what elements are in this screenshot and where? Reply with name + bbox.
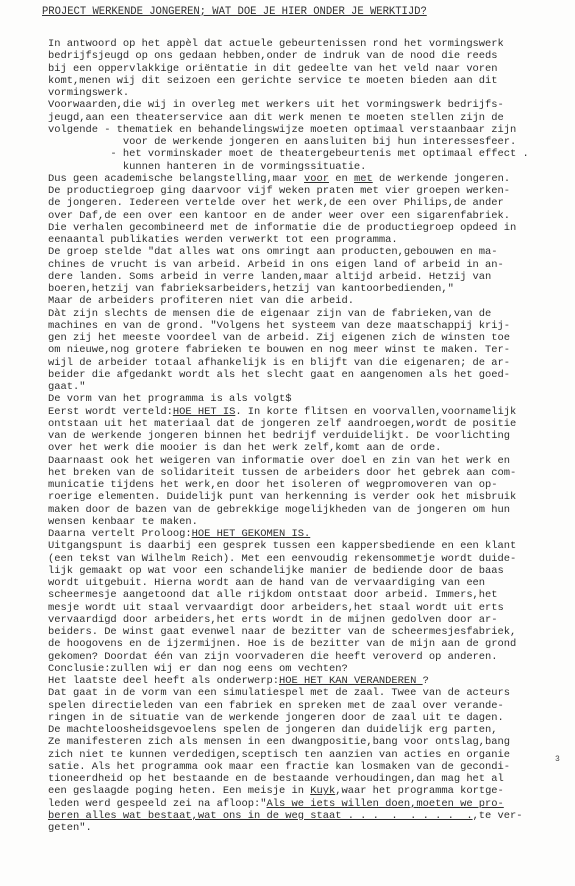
text-line: de hoogovens en de ijzermijnen. Hoe is d… — [48, 638, 548, 650]
text-line: beren alles wat bestaat,wat ons in de we… — [48, 810, 548, 822]
text-line: geten". — [48, 822, 548, 834]
text-segment: een geslaagde poging heten. Een meisje i… — [48, 785, 310, 797]
text-segment: voor de werkende jongeren en aansluiten … — [48, 136, 516, 148]
text-segment: Daarnaast ook het weigeren van informati… — [48, 455, 510, 467]
text-segment: eenaantal publikaties werden verwerkt to… — [48, 234, 398, 246]
text-segment: de jongeren. Iedereen vertelde over het … — [48, 197, 504, 209]
text-segment: zich niet te kunnen verdedigen,sceptisch… — [48, 749, 510, 761]
text-line: bij een oppervlakkige oriëntatie in dit … — [48, 63, 548, 75]
underlined-text: Als we iets willen doen,moeten we pro- — [267, 798, 504, 810]
text-segment: beider die afgedankt wordt als het slech… — [48, 369, 510, 381]
text-line: komt,menen wij dit seizoen een gerichte … — [48, 75, 548, 87]
text-segment: de werkende jongeren. — [373, 173, 510, 185]
text-segment: tioneerdheid op het bestaande en de best… — [48, 773, 504, 785]
text-segment: boeren,hetzij van fabrieksarbeiders,hetz… — [48, 283, 454, 295]
text-line: jeugd,aan een theaterservice aan dit wer… — [48, 112, 548, 124]
text-segment: over het werk die mooier is dan het werk… — [48, 442, 441, 454]
underlined-text: beren alles wat bestaat,wat ons in de we… — [48, 810, 473, 822]
text-segment: Dat gaat in de vorm van een simulatiespe… — [48, 687, 510, 699]
text-segment: wensen kenbaar te maken. — [48, 516, 198, 528]
text-segment: volgende - thematiek en behandelingswijz… — [48, 124, 516, 136]
text-line: gaat." — [48, 381, 548, 393]
text-line: Voorwaarden,die wij in overleg met werke… — [48, 99, 548, 111]
text-segment: In antwoord op het appèl dat actuele geb… — [48, 38, 504, 50]
text-line: Maar de arbeiders profiteren niet van di… — [48, 295, 548, 307]
text-line: dere landen. Soms arbeid in verre landen… — [48, 271, 548, 283]
text-line: van de werkende jongeren binnen het bedr… — [48, 430, 548, 442]
page-number: 3 — [555, 755, 560, 764]
underlined-text: HOE HET GEKOMEN IS. — [192, 528, 311, 540]
text-line: een geslaagde poging heten. Een meisje i… — [48, 785, 548, 797]
text-line: satie. Als het programma ook maar een fr… — [48, 761, 548, 773]
text-segment: Eerst wordt verteld: — [48, 406, 173, 418]
text-segment: dere landen. Soms arbeid in verre landen… — [48, 271, 491, 283]
text-segment: Daarna vertelt Proloog: — [48, 528, 192, 540]
text-segment: Conclusie:zullen wij er dan nog eens om … — [48, 663, 348, 675]
text-line: de jongeren. Iedereen vertelde over het … — [48, 197, 548, 209]
text-line: vervaardigd door arbeiders,het erts word… — [48, 614, 548, 626]
text-line: voor de werkende jongeren en aansluiten … — [48, 136, 548, 148]
text-segment: De vorm van het programma is als volgt$ — [48, 393, 292, 405]
underlined-text: HOE HET KAN VERANDEREN — [279, 675, 423, 687]
text-segment: satie. Als het programma ook maar een fr… — [48, 761, 510, 773]
text-line: maken door de bazen van de gebrekkige mo… — [48, 504, 548, 516]
text-segment: roerige elementen. Duidelijk punt van he… — [48, 491, 516, 503]
text-line: volgende - thematiek en behandelingswijz… — [48, 124, 548, 136]
text-segment: spelen directieleden van een fabriek en … — [48, 700, 504, 712]
text-line: De machteloosheidsgevoelens spelen de jo… — [48, 724, 548, 736]
text-segment: over Daf,de een over een kantoor en de a… — [48, 210, 510, 222]
text-line: Ze manifesteren zich als mensen in een d… — [48, 736, 548, 748]
text-line: vormingswerk. — [48, 87, 548, 99]
text-line: het breken van de solidariteit tussen de… — [48, 467, 548, 479]
text-segment: geten". — [48, 822, 92, 834]
text-segment: lijk gemaakt op wat voor een schandelijk… — [48, 565, 504, 577]
text-segment: (een tekst van Wilhelm Reich). Met een e… — [48, 553, 516, 565]
text-segment: gekomen? Doordat één van zijn voorvadere… — [48, 651, 498, 663]
text-segment: wijl de arbeider totaal afhankelijk is e… — [48, 357, 510, 369]
text-segment: Die verhalen gecombineerd met de informa… — [48, 222, 516, 234]
text-segment: vormingswerk. — [48, 87, 129, 99]
text-line: Daarna vertelt Proloog:HOE HET GEKOMEN I… — [48, 528, 548, 540]
text-segment: - het vorminskader moet de theatergebeur… — [48, 148, 529, 160]
text-line: over Daf,de een over een kantoor en de a… — [48, 210, 548, 222]
text-segment: het breken van de solidariteit tussen de… — [48, 467, 516, 479]
text-segment: ringen in de situatie van de werkende jo… — [48, 712, 504, 724]
text-line: chines de vrucht is van arbeid. Arbeid i… — [48, 259, 548, 271]
text-segment: wordt uitgebuit. Hierna wordt aan de han… — [48, 577, 485, 589]
text-line: Conclusie:zullen wij er dan nog eens om … — [48, 663, 548, 675]
text-line: scheermesje aangetoond dat alle rijkdom … — [48, 589, 548, 601]
text-line: wordt uitgebuit. Hierna wordt aan de han… — [48, 577, 548, 589]
text-segment: . In korte flitsen en voorvallen,voornam… — [235, 406, 516, 418]
text-line: De groep stelde "dat alles wat ons omrin… — [48, 246, 548, 258]
text-line: boeren,hetzij van fabrieksarbeiders,hetz… — [48, 283, 548, 295]
text-line: spelen directieleden van een fabriek en … — [48, 700, 548, 712]
text-segment: jeugd,aan een theaterservice aan dit wer… — [48, 112, 504, 124]
text-line: gekomen? Doordat één van zijn voorvadere… — [48, 651, 548, 663]
text-segment: ,waar het programma kortge- — [335, 785, 504, 797]
text-line: (een tekst van Wilhelm Reich). Met een e… — [48, 553, 548, 565]
text-segment: ? — [423, 675, 429, 687]
underlined-text: Kuyk — [310, 785, 335, 797]
text-segment: de hoogovens en de ijzermijnen. Hoe is d… — [48, 638, 516, 650]
text-line: roerige elementen. Duidelijk punt van he… — [48, 491, 548, 503]
text-line: machines en van de grond. "Volgens het s… — [48, 320, 548, 332]
text-segment: kunnen hanteren in de vormingssituatie. — [48, 161, 366, 173]
text-line: Uitgangspunt is daarbij een gesprek tuss… — [48, 540, 548, 552]
underlined-text: voor — [304, 173, 329, 185]
text-line: Dus geen academische belangstelling,maar… — [48, 173, 548, 185]
text-line: De vorm van het programma is als volgt$ — [48, 393, 548, 405]
text-line: beider die afgedankt wordt als het slech… — [48, 369, 548, 381]
text-segment: ,te ver- — [473, 810, 523, 822]
text-segment: De productiegroep ging daarvoor vijf wek… — [48, 185, 510, 197]
text-line: over het werk die mooier is dan het werk… — [48, 442, 548, 454]
text-segment: leden werd gespeeld zei na afloop:" — [48, 798, 267, 810]
text-line: ontstaan uit het materiaal dat de jonger… — [48, 418, 548, 430]
text-line: Die verhalen gecombineerd met de informa… — [48, 222, 548, 234]
text-line: - het vorminskader moet de theatergebeur… — [48, 148, 548, 160]
text-segment: gaat." — [48, 381, 85, 393]
text-segment: gen zij het meeste voordeel van de arbei… — [48, 332, 510, 344]
text-line: municatie tijdens het werk,en door het i… — [48, 479, 548, 491]
text-segment: van de werkende jongeren binnen het bedr… — [48, 430, 510, 442]
text-line: gen zij het meeste voordeel van de arbei… — [48, 332, 548, 344]
text-line: Daarnaast ook het weigeren van informati… — [48, 455, 548, 467]
text-line: eenaantal publikaties werden verwerkt to… — [48, 234, 548, 246]
text-line: Dat gaat in de vorm van een simulatiespe… — [48, 687, 548, 699]
text-line: ringen in de situatie van de werkende jo… — [48, 712, 548, 724]
text-line: Het laatste deel heeft als onderwerp:HOE… — [48, 675, 548, 687]
text-segment: mesje wordt uit staal vervaardigt door a… — [48, 602, 504, 614]
text-segment: vervaardigd door arbeiders,het erts word… — [48, 614, 498, 626]
text-line: wijl de arbeider totaal afhankelijk is e… — [48, 357, 548, 369]
text-line: beiders. De winst gaat evenwel naar de b… — [48, 626, 548, 638]
text-line: kunnen hanteren in de vormingssituatie. — [48, 161, 548, 173]
text-line: wensen kenbaar te maken. — [48, 516, 548, 528]
text-segment: maken door de bazen van de gebrekkige mo… — [48, 504, 510, 516]
text-segment: komt,menen wij dit seizoen een gerichte … — [48, 75, 498, 87]
underlined-text: met — [354, 173, 373, 185]
text-segment: Dus geen academische belangstelling,maar — [48, 173, 304, 185]
text-line: In antwoord op het appèl dat actuele geb… — [48, 38, 548, 50]
text-segment: De machteloosheidsgevoelens spelen de jo… — [48, 724, 498, 736]
text-segment: bedrijfsjeugd op ons gedaan hebben,onder… — [48, 50, 498, 62]
text-line: om nieuwe,nog grotere fabrieken te bouwe… — [48, 344, 548, 356]
text-line: Eerst wordt verteld:HOE HET IS. In korte… — [48, 406, 548, 418]
text-line: zich niet te kunnen verdedigen,sceptisch… — [48, 749, 548, 761]
text-segment: beiders. De winst gaat evenwel naar de b… — [48, 626, 516, 638]
text-segment: en — [329, 173, 354, 185]
underlined-text: HOE HET IS — [173, 406, 235, 418]
text-segment: Voorwaarden,die wij in overleg met werke… — [48, 99, 504, 111]
text-segment: Ze manifesteren zich als mensen in een d… — [48, 736, 510, 748]
text-line: leden werd gespeeld zei na afloop:"Als w… — [48, 798, 548, 810]
text-segment: municatie tijdens het werk,en door het i… — [48, 479, 498, 491]
text-segment: Uitgangspunt is daarbij een gesprek tuss… — [48, 540, 516, 552]
text-segment: scheermesje aangetoond dat alle rijkdom … — [48, 589, 498, 601]
text-line: De productiegroep ging daarvoor vijf wek… — [48, 185, 548, 197]
document-body: In antwoord op het appèl dat actuele geb… — [48, 38, 548, 834]
text-segment: bij een oppervlakkige oriëntatie in dit … — [48, 63, 498, 75]
text-segment: ontstaan uit het materiaal dat de jonger… — [48, 418, 516, 430]
text-segment: Maar de arbeiders profiteren niet van di… — [48, 295, 354, 307]
text-segment: Het laatste deel heeft als onderwerp: — [48, 675, 279, 687]
text-segment: De groep stelde "dat alles wat ons omrin… — [48, 246, 498, 258]
text-line: bedrijfsjeugd op ons gedaan hebben,onder… — [48, 50, 548, 62]
text-segment: om nieuwe,nog grotere fabrieken te bouwe… — [48, 344, 510, 356]
text-line: mesje wordt uit staal vervaardigt door a… — [48, 602, 548, 614]
text-segment: chines de vrucht is van arbeid. Arbeid i… — [48, 259, 504, 271]
text-segment: Dàt zijn slechts de mensen die de eigena… — [48, 308, 491, 320]
text-segment: machines en van de grond. "Volgens het s… — [48, 320, 510, 332]
text-line: tioneerdheid op het bestaande en de best… — [48, 773, 548, 785]
text-line: Dàt zijn slechts de mensen die de eigena… — [48, 308, 548, 320]
document-page: PROJECT WERKENDE JONGEREN; WAT DOE JE HI… — [0, 0, 575, 886]
text-line: lijk gemaakt op wat voor een schandelijk… — [48, 565, 548, 577]
document-title: PROJECT WERKENDE JONGEREN; WAT DOE JE HI… — [42, 6, 427, 18]
